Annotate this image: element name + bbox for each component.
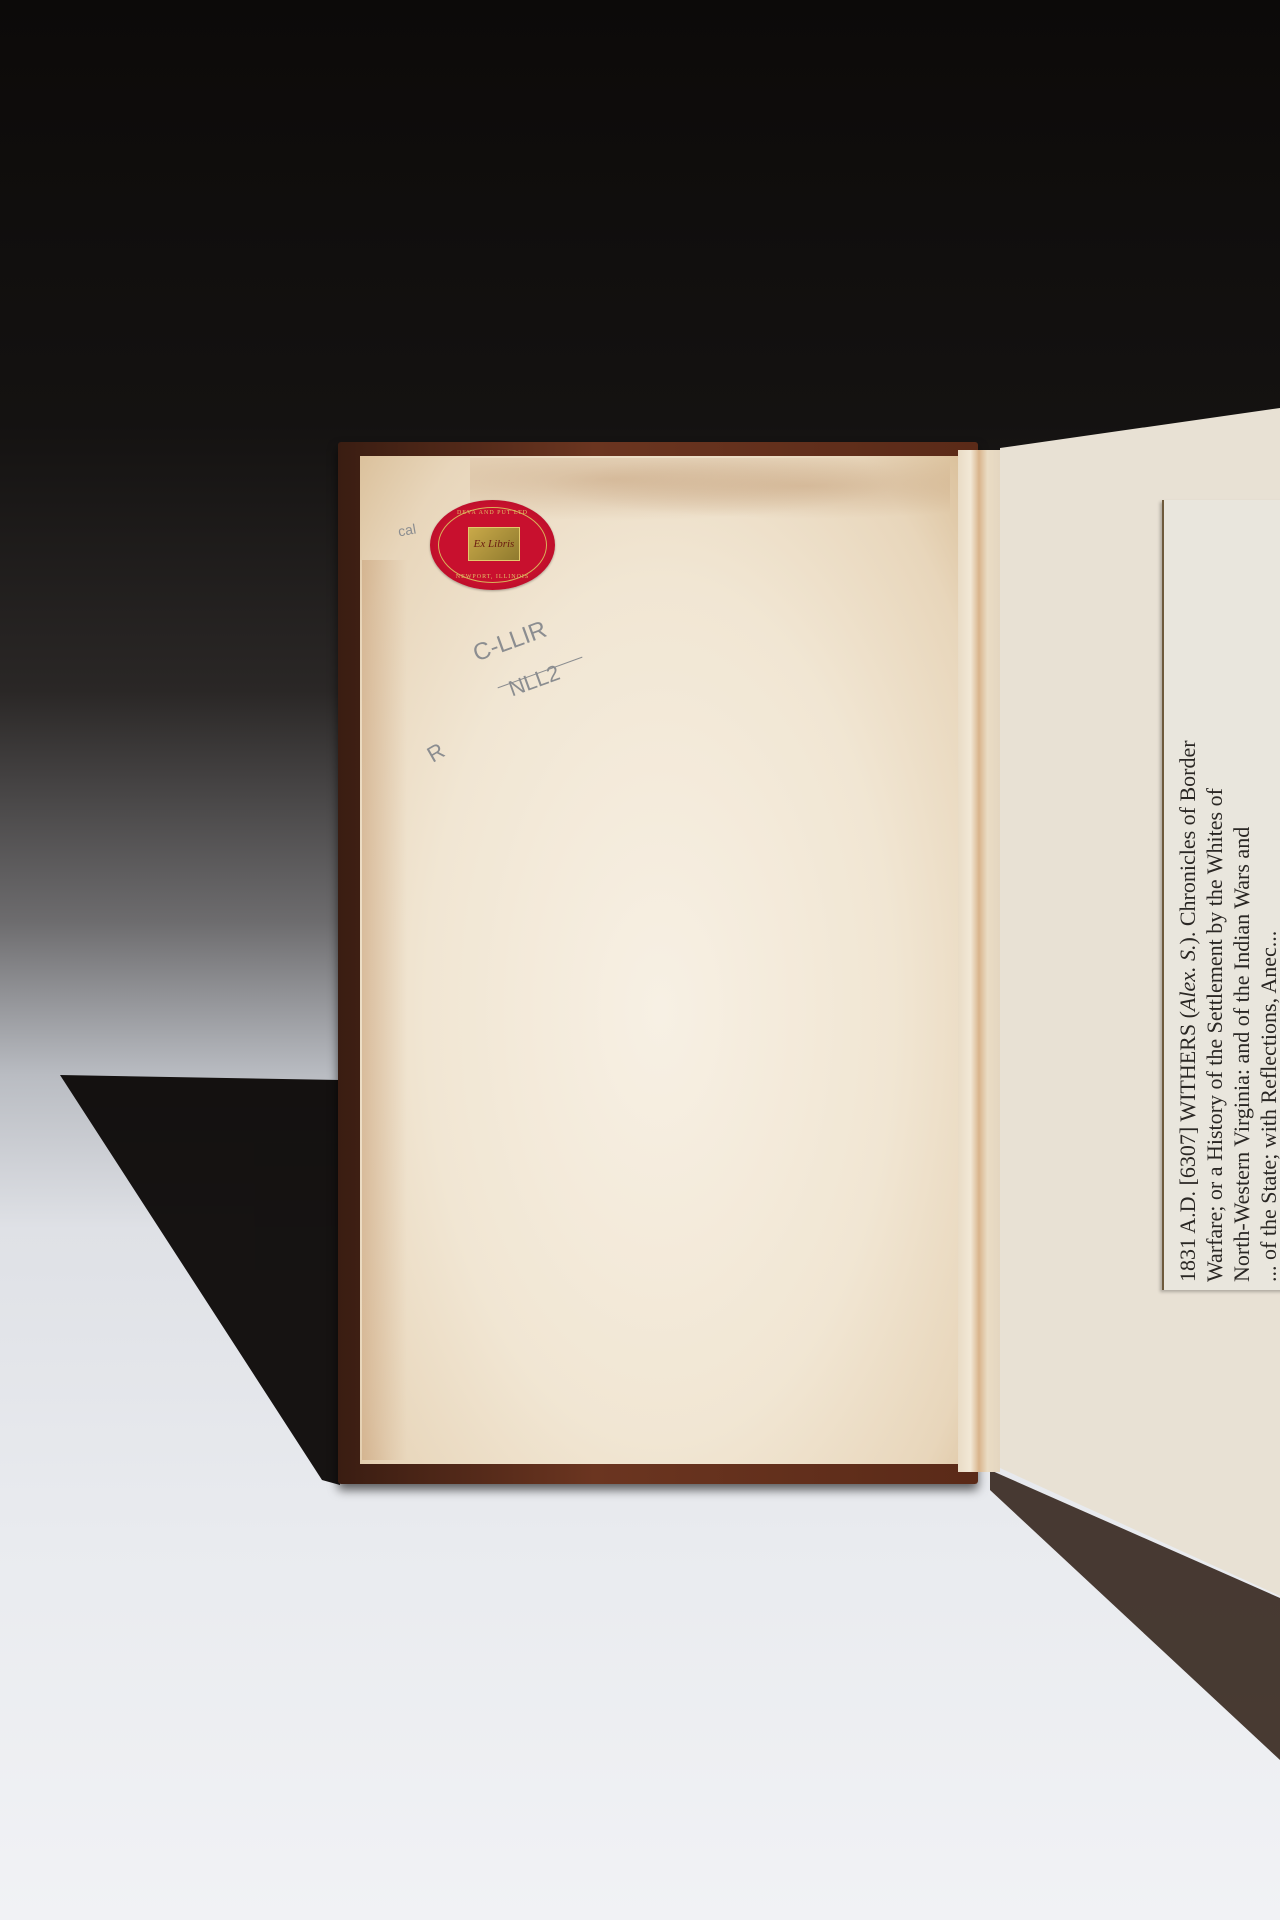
clipping-line-1: 1831 A.D. [6307] WITHERS (Alex. S.). Chr… [1174,502,1201,1282]
catalogue-clipping: 1831 A.D. [6307] WITHERS (Alex. S.). Chr… [1162,500,1280,1290]
clipping-line-4: ... of the State; with Reflections, Anec… [1255,502,1280,1282]
open-book-icon: Ex Libris [468,527,520,561]
water-stain-left [362,560,407,1460]
pencil-note-corner: cal [397,521,417,540]
clipping-text: 1831 A.D. [6307] WITHERS (Alex. S.). Chr… [1174,502,1280,1282]
clipping-line-3: North-Western Virginia: and of the India… [1228,502,1255,1282]
clipping-line-2: Warfare; or a History of the Settlement … [1201,502,1228,1282]
book-gutter [958,450,1000,1472]
seal-text-bottom: NEWPORT, ILLINOIS [430,574,555,580]
seal-text-top: DEVA AND PUT LTD [430,510,555,516]
bookseller-seal: DEVA AND PUT LTD Ex Libris NEWPORT, ILLI… [430,500,555,590]
open-book: DEVA AND PUT LTD Ex Libris NEWPORT, ILLI… [0,0,1280,1920]
left-endpaper [360,456,960,1464]
